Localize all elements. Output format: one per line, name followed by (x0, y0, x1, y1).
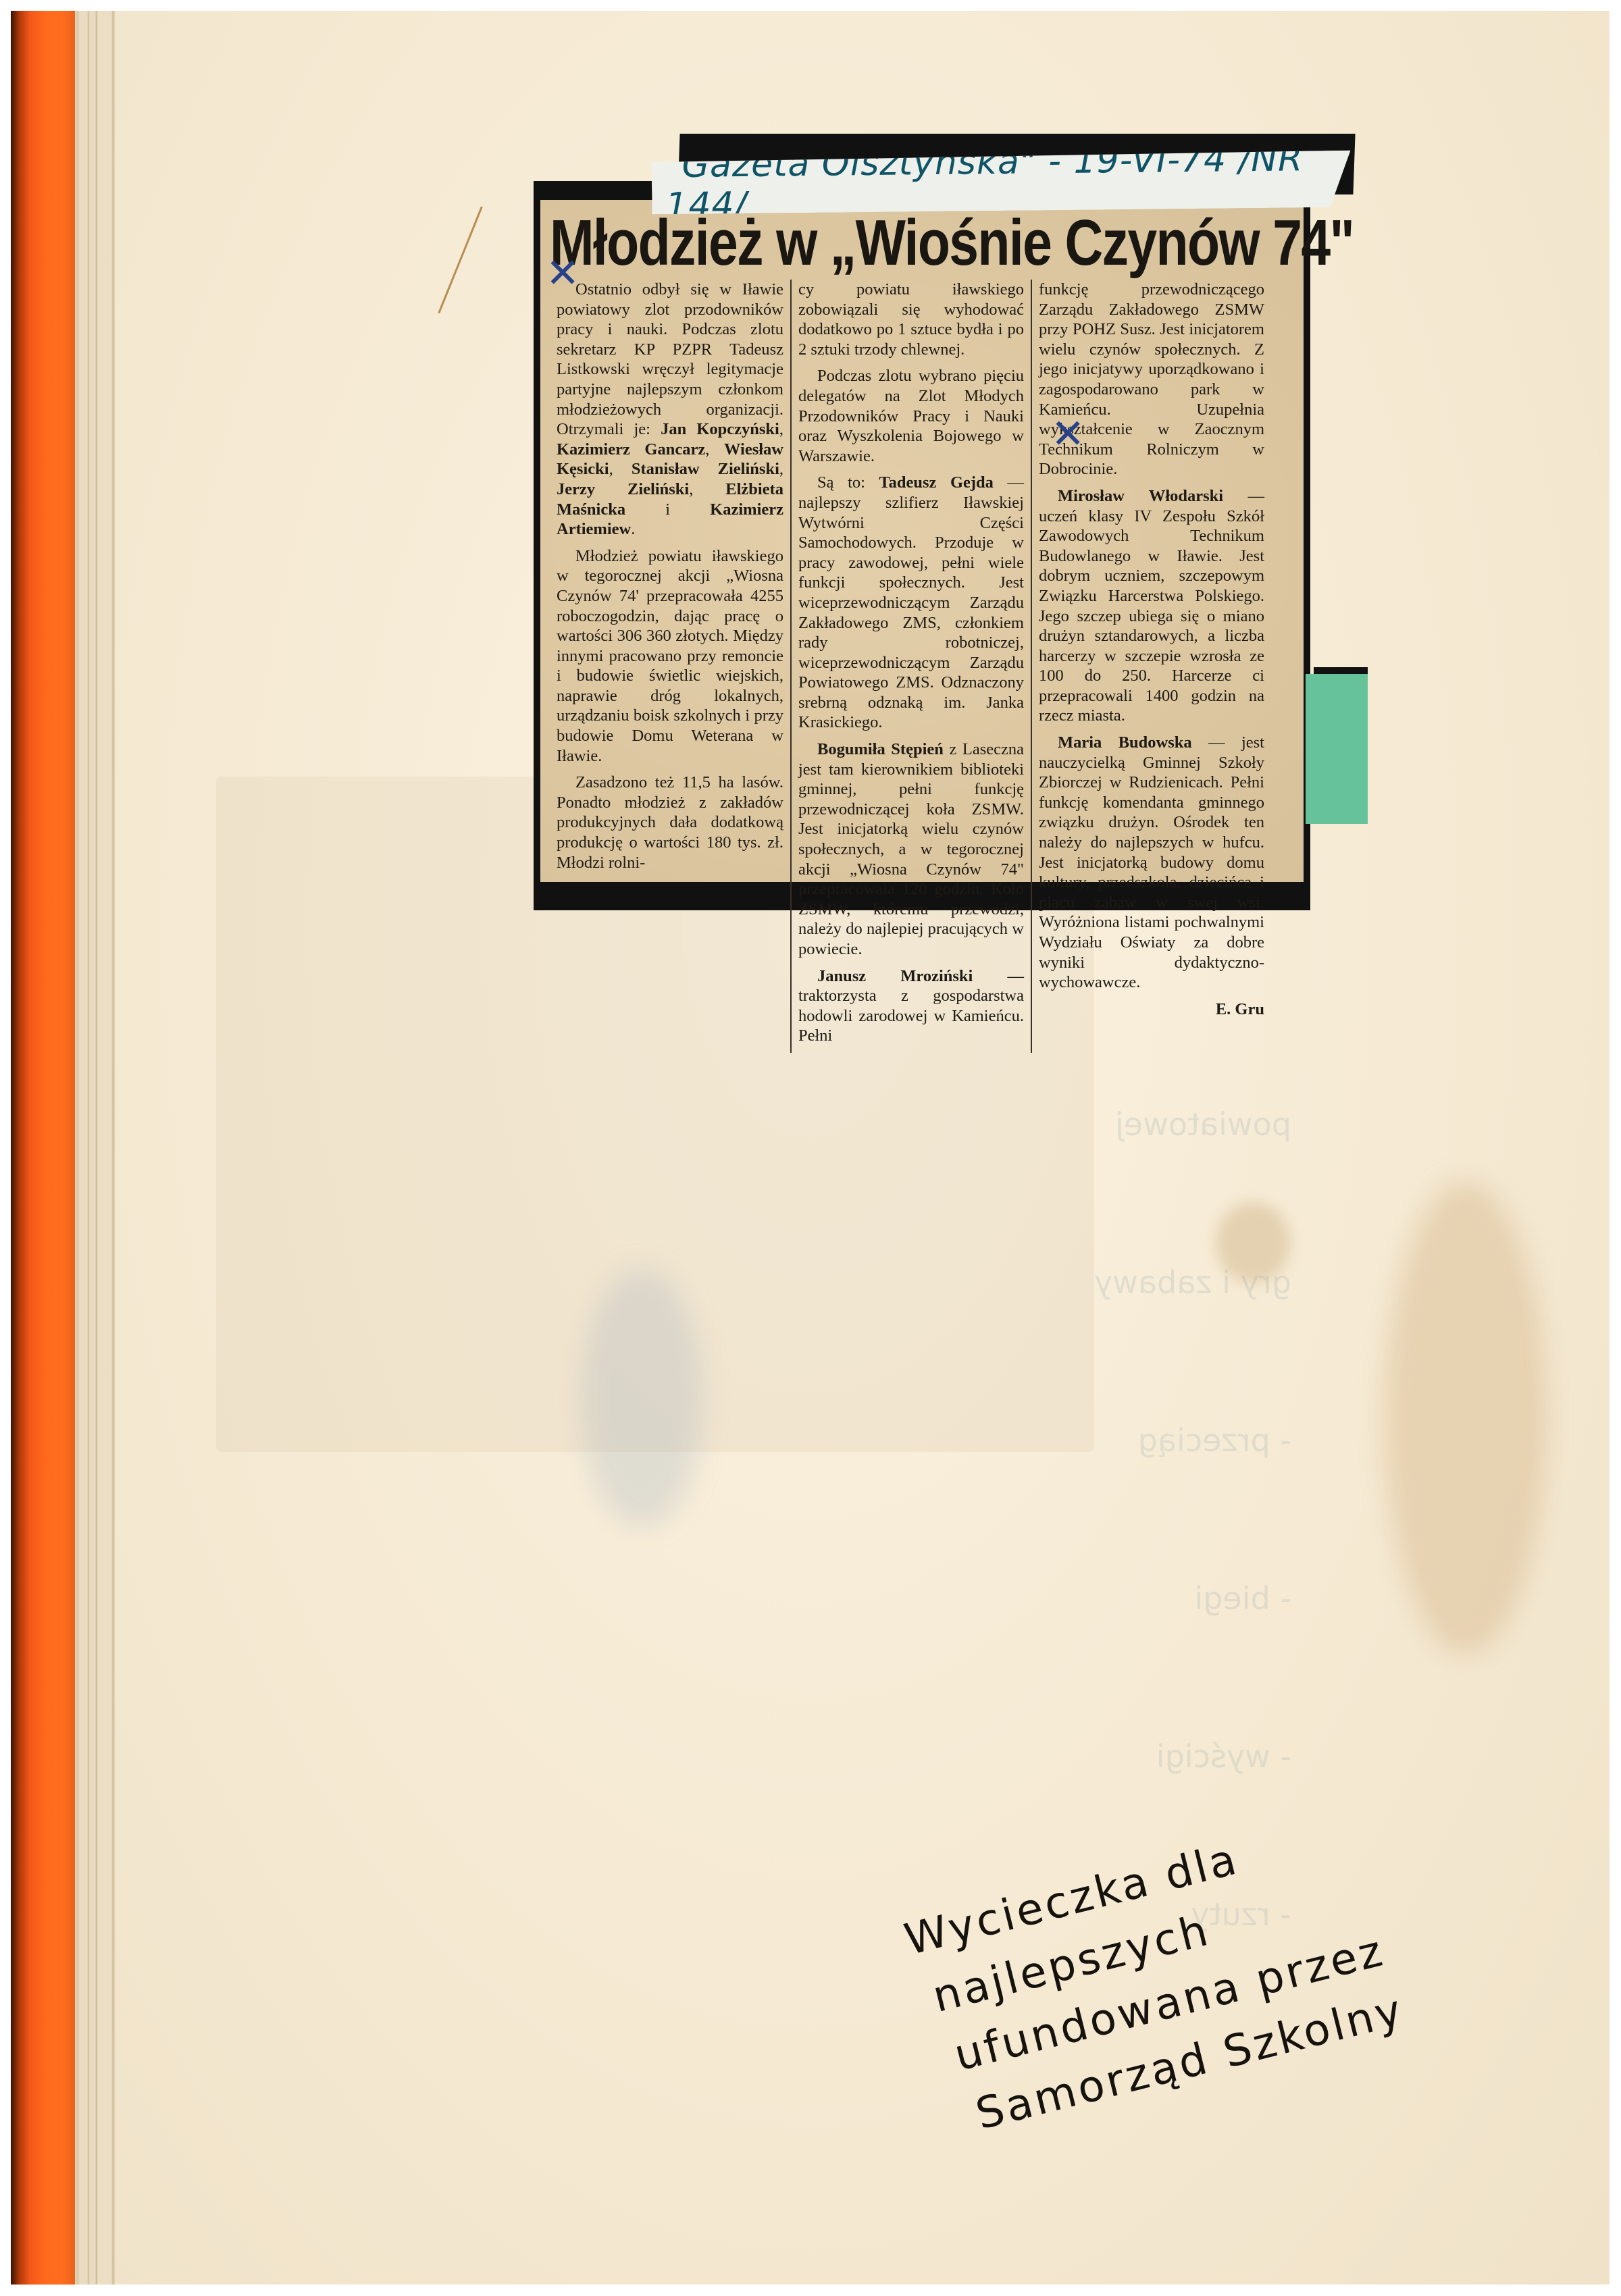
article-paragraph: Są to: Tadeusz Gejda — najlepszy szlifie… (798, 473, 1024, 733)
article-column-2: cy powiatu iławskiego zobowiązali się wy… (790, 280, 1031, 1053)
article-headline: Młodzież w „Wiośnie Czynów 74" (550, 209, 1354, 277)
article-paragraph: Podczas zlotu wybrano pięciu delegatów n… (798, 366, 1024, 466)
stacked-page-edges (75, 11, 115, 2285)
article-paragraph: Maria Budowska — jest nauczycielką Gminn… (1039, 733, 1264, 993)
pen-x-mark-icon: ✕ (1051, 411, 1085, 458)
newspaper-clipping: Młodzież w „Wiośnie Czynów 74" Ostatnio … (540, 200, 1304, 882)
pen-x-mark-icon: ✕ (546, 250, 580, 297)
article-signature: E. Gru (1039, 999, 1264, 1020)
article-column-1: Ostatnio odbył się w Iławie powiatowy zl… (550, 280, 790, 1053)
article-paragraph: Zasadzono też 11,5 ha lasów. Ponadto mło… (557, 773, 783, 872)
article-paragraph: Bogumiła Stępień z Laseczna jest tam kie… (798, 739, 1024, 960)
article-paragraph: cy powiatu iławskiego zobowiązali się wy… (798, 280, 1024, 359)
article-column-3: funkcję przewodniczącego Zarządu Zakłado… (1031, 280, 1271, 1053)
article-paragraph: Janusz Mroziński — traktorzysta z gospod… (798, 966, 1024, 1046)
article-paragraph: Ostatnio odbył się w Iławie powiatowy zl… (557, 280, 783, 540)
article-paragraph: Młodzież powiatu iławskiego w tegoroczne… (557, 546, 783, 766)
article-columns: Ostatnio odbył się w Iławie powiatowy zl… (550, 280, 1293, 1053)
green-paper-tab (1306, 674, 1368, 824)
orange-binding-strip (11, 11, 75, 2285)
article-paragraph: Mirosław Włodarski — uczeń klasy IV Zesp… (1039, 486, 1264, 726)
